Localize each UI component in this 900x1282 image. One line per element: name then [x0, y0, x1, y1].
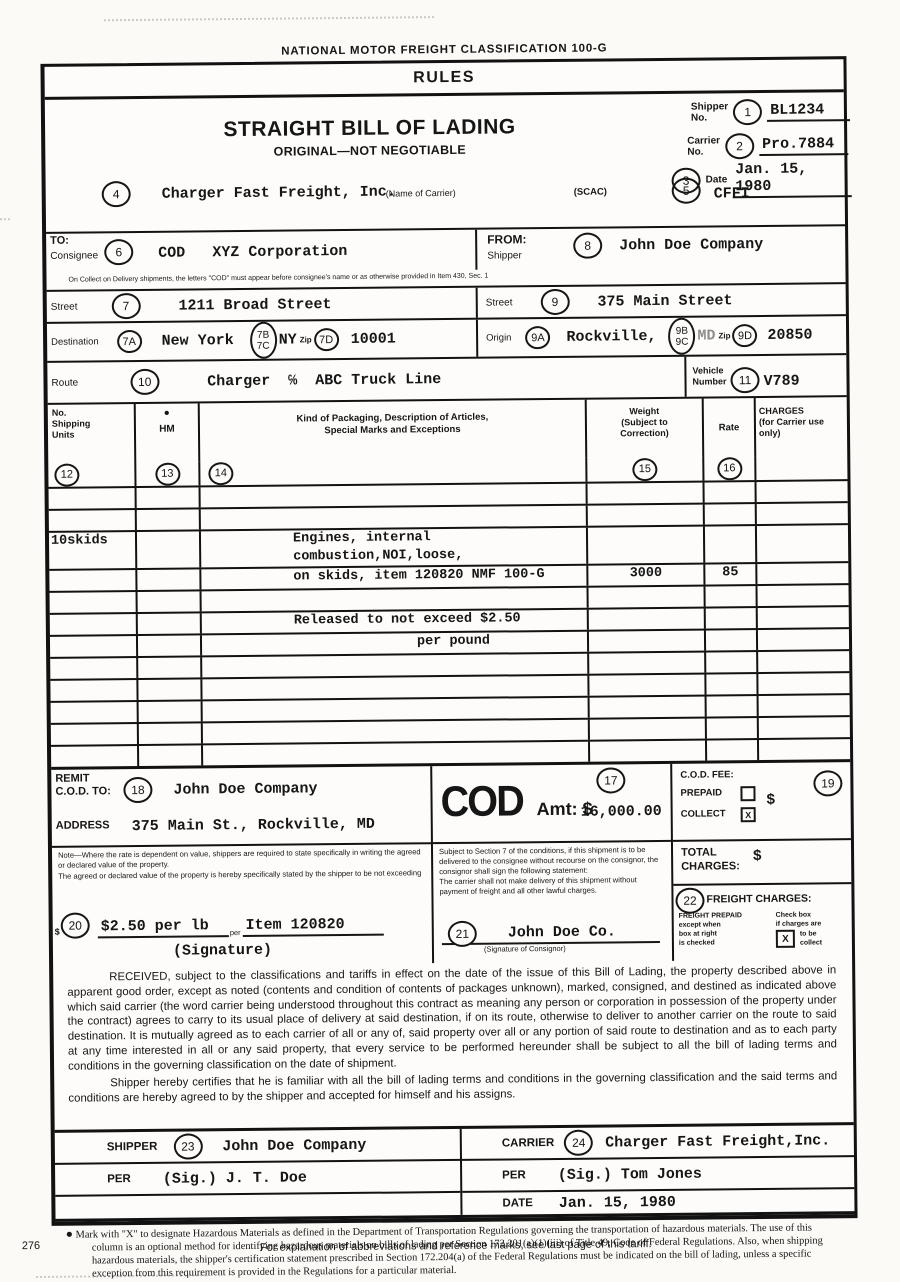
cod-column: COD Amt: $ 17 16,000.00 Subject to Secti… [432, 764, 674, 963]
shipper-value: John Doe Company [619, 236, 763, 254]
parties-section: TO: Consignee 6 COD XYZ Corporation FROM… [46, 226, 846, 363]
carrier-signature-column: CARRIER 24 Charger Fast Freight,Inc. PER… [462, 1125, 855, 1215]
ref-circle-20: 20 [61, 912, 90, 938]
collect-checkbox: X [741, 807, 756, 822]
signature-section: SHIPPER 23 John Doe Company PER (Sig.) J… [55, 1125, 855, 1222]
vehicle-number-label: Vehicle Number [692, 365, 726, 387]
cell-weight [590, 741, 707, 762]
ref-circle-11: 11 [730, 367, 759, 393]
cell-hm [138, 679, 202, 700]
ref-circle-19: 19 [813, 770, 842, 796]
col-weight-header: Weight (Subject to Correction) [587, 399, 705, 458]
cell-weight [590, 719, 707, 740]
total-dollar-sign: $ [753, 847, 762, 864]
shipper-no-row: Shipper No. 1 BL1234 [691, 98, 850, 126]
carrier-sig-value: Charger Fast Freight,Inc. [605, 1132, 830, 1151]
carrier-date-row: DATE Jan. 15, 1980 [462, 1189, 854, 1215]
shipper-street-label: Street [486, 297, 513, 308]
origin-city: Rockville, [566, 328, 656, 346]
remit-to-value: John Doe Company [173, 780, 317, 798]
cell-weight [589, 609, 706, 630]
declared-value-note: Note—Where the rate is dependent on valu… [52, 844, 432, 905]
received-paragraph: RECEIVED, subject to the classifications… [67, 963, 837, 1074]
cell-desc [202, 654, 589, 678]
cell-units [49, 570, 137, 591]
ref-7b: 7B [257, 329, 269, 340]
cell-units [50, 592, 138, 613]
cell-desc: Engines, internal combustion,NOI,loose, [201, 528, 588, 568]
shipper-signature-column: SHIPPER 23 John Doe Company PER (Sig.) J… [55, 1129, 463, 1219]
cell-charges [758, 629, 849, 650]
cell-hm [138, 613, 202, 634]
shipper-per-label: PER [107, 1173, 131, 1185]
ref-circle-7: 7 [111, 293, 140, 319]
cell-desc: per pound [202, 632, 589, 656]
cell-hm [139, 745, 203, 766]
prepaid-checkbox [740, 786, 755, 801]
freight-prepaid-note: FREIGHT PREPAID except when box at right… [679, 911, 743, 948]
cell-charges [758, 651, 849, 672]
cell-rate [705, 504, 757, 524]
ref-circle-7a: 7A [117, 330, 142, 353]
dollar-sign: $ [55, 927, 60, 937]
cell-rate [705, 482, 757, 502]
consignee-street-label: Street [51, 301, 78, 312]
destination-origin-band: Destination 7A New York 7B 7C NY Zip 7D … [47, 316, 846, 361]
cell-units [50, 614, 138, 635]
ref-circle-22: 22 [675, 888, 704, 914]
shipper-per-value: (Sig.) J. T. Doe [163, 1169, 307, 1187]
ref-circle-7d: 7D [314, 328, 339, 351]
cod-fee-label: C.O.D. FEE: [680, 769, 733, 781]
ref-circle-24: 24 [564, 1130, 593, 1156]
cell-rate [707, 696, 759, 716]
ref-circle-12: 12 [54, 463, 79, 486]
destination-city: New York [162, 332, 234, 350]
scan-artifact [104, 16, 434, 21]
date-value: Jan. 15, 1980 [732, 160, 851, 198]
cod-big-label: COD [440, 777, 523, 827]
cell-rate [705, 586, 757, 606]
remit-address-row: ADDRESS 375 Main St., Rockville, MD [52, 810, 431, 848]
ref-circle-15: 15 [632, 458, 657, 481]
cell-weight [589, 675, 706, 696]
freight-charges-label: FREIGHT CHARGES: [706, 893, 811, 906]
consignee-street-value: 1211 Broad Street [178, 296, 331, 314]
ref-circle-8: 8 [573, 233, 602, 259]
collect-note-top: Check box if charges are [776, 910, 822, 928]
ref-9c: 9C [676, 336, 689, 347]
form-subtitle: ORIGINAL—NOT NEGOTIABLE [135, 141, 604, 160]
cell-desc [201, 484, 588, 508]
per-word: per [230, 928, 241, 937]
route-cell: Route 10 Charger ℅ ABC Truck Line [47, 357, 684, 403]
ref-circle-4: 4 [102, 181, 131, 207]
scanned-page: NATIONAL MOTOR FREIGHT CLASSIFICATION 10… [0, 0, 900, 1282]
cell-hm [139, 701, 203, 722]
collect-charges-checkbox: X [776, 930, 795, 948]
destination-zip-label: Zip [300, 335, 312, 344]
ref-7c: 7C [257, 340, 270, 351]
ref-circle-9a: 9A [525, 326, 550, 349]
cell-rate [707, 740, 759, 760]
carrier-name-value: Charger Fast Freight, Inc. [162, 183, 396, 202]
carrier-name-row: CARRIER 24 Charger Fast Freight,Inc. [462, 1125, 854, 1161]
origin-label: Origin [486, 332, 511, 343]
shipper-sig-label: SHIPPER [107, 1141, 158, 1153]
total-charges-label: TOTAL CHARGES: [681, 845, 740, 874]
consignor-signature-caption: (Signature of Consignor) [484, 944, 566, 954]
ref-circle-18: 18 [123, 777, 152, 803]
cell-charges [757, 525, 848, 562]
destination-label: Destination [51, 336, 99, 347]
cell-units [50, 658, 138, 679]
shipper-name-row: SHIPPER 23 John Doe Company [55, 1129, 460, 1165]
route-value: Charger ℅ ABC Truck Line [207, 371, 441, 390]
cell-hm [137, 531, 201, 568]
cell-rate [706, 652, 758, 672]
carrier-name-row: 4 Charger Fast Freight, Inc. [102, 179, 396, 208]
signature-caption-row: (Signature) [53, 939, 432, 967]
consignee-cell: TO: Consignee 6 COD XYZ Corporation [46, 230, 477, 274]
cell-charges [758, 673, 849, 694]
cell-rate [706, 674, 758, 694]
declared-value-row: $ 20 $2.50 per lb per Item 120820 [53, 901, 432, 943]
section7-text: Subject to Section 7 of the conditions, … [433, 842, 672, 917]
cell-units [49, 510, 137, 531]
remit-column: REMIT C.O.D. TO: 18 John Doe Company ADD… [51, 766, 434, 967]
shipper-sig-value: John Doe Company [222, 1136, 366, 1154]
shipper-street-value: 375 Main Street [597, 292, 732, 310]
shipper-cell: FROM: Shipper 8 John Doe Company [477, 226, 845, 270]
remit-to-row: REMIT C.O.D. TO: 18 John Doe Company [51, 766, 430, 814]
cell-desc [202, 588, 589, 612]
cell-weight [590, 697, 707, 718]
cell-units [50, 680, 138, 701]
total-charges-box: TOTAL CHARGES: $ [673, 840, 851, 886]
carrier-per-row: PER (Sig.) Tom Jones [462, 1157, 854, 1193]
signature-caption: (Signature) [173, 942, 272, 960]
terms-paragraphs: RECEIVED, subject to the classifications… [53, 959, 854, 1133]
cell-charges [757, 585, 848, 606]
from-label: FROM: [487, 232, 526, 246]
ref-circle-6: 6 [104, 239, 133, 265]
consignor-signature-row: 21 John Doe Co. (Signature of Consignor) [434, 915, 672, 963]
cell-hm [139, 723, 203, 744]
consignee-street-cell: Street 7 1211 Broad Street [47, 288, 478, 322]
cell-units [51, 746, 139, 767]
consignee-value: COD XYZ Corporation [158, 243, 347, 262]
vehicle-cell: Vehicle Number 11 V789 [684, 355, 846, 397]
cell-units [51, 702, 139, 723]
cell-desc [203, 698, 590, 722]
consignor-signature-value: John Doe Co. [508, 923, 616, 941]
col-hm-label: HM [159, 424, 175, 435]
cell-weight [588, 483, 705, 504]
ref-circle-9d: 9D [732, 324, 757, 347]
freight-table: No. Shipping Units ● HM Kind of Packagin… [48, 397, 850, 770]
ref-circle-1: 1 [733, 99, 762, 125]
cell-desc: Released to not exceed $2.50 [202, 610, 589, 634]
cell-weight [588, 527, 705, 564]
hm-dot-icon: ● [136, 408, 198, 419]
cell-charges [757, 563, 848, 584]
carrier-per-label: PER [502, 1169, 526, 1181]
col-charges-header: CHARGES (for Carrier use only) [756, 397, 848, 456]
col-hm-header: ● HM [136, 403, 201, 462]
shipper-no-label: Shipper No. [691, 101, 728, 123]
cell-rate: 85 [705, 564, 757, 584]
address-label: ADDRESS [56, 819, 110, 832]
carrier-name-caption: (Name of Carrier) [386, 188, 456, 199]
col-desc-header: Kind of Packaging, Description of Articl… [200, 400, 588, 462]
prepaid-label: PREPAID [680, 787, 722, 798]
cell-hm [138, 635, 202, 656]
address-value: 375 Main St., Rockville, MD [132, 816, 375, 835]
ref-circle-16: 16 [717, 457, 742, 480]
cell-charges [757, 503, 848, 524]
vehicle-number-value: V789 [763, 372, 799, 389]
ref-circle-21: 21 [448, 921, 477, 947]
cell-units [51, 724, 139, 745]
ref-circle-14: 14 [208, 462, 233, 485]
shipper-label: Shipper [487, 250, 522, 261]
cell-charges [758, 607, 849, 628]
cell-desc [201, 506, 588, 530]
date-label: Date [706, 174, 728, 185]
cell-rate [706, 608, 758, 628]
form-header: STRAIGHT BILL OF LADING ORIGINAL—NOT NEG… [45, 92, 845, 234]
cell-weight [589, 653, 706, 674]
carrier-no-value: Pro.7884 [759, 135, 848, 156]
ref-circle-7b-7c: 7B 7C [249, 322, 276, 359]
cell-hm [137, 569, 201, 590]
ref-circle-5: 5 [672, 178, 701, 204]
cell-charges [759, 739, 850, 760]
origin-state: MD [697, 327, 715, 344]
cell-weight: 3000 [588, 565, 705, 586]
origin-cell: Origin 9A Rockville, 9B 9C MD Zip 9D 208… [478, 316, 846, 357]
cell-hm [138, 657, 202, 678]
certification-paragraph: Shipper hereby certifies that he is fami… [68, 1069, 837, 1106]
ref-9b: 9B [676, 325, 688, 336]
cell-charges [756, 481, 847, 502]
consignee-shipper-band: TO: Consignee 6 COD XYZ Corporation FROM… [46, 226, 845, 274]
cell-weight [589, 587, 706, 608]
fees-column: C.O.D. FEE: PREPAID $ COLLECT X 19 TOTAL… [672, 762, 852, 961]
origin-zip: 20850 [767, 327, 812, 344]
cod-amount-box: COD Amt: $ 17 16,000.00 [432, 764, 671, 844]
freight-table-header: No. Shipping Units ● HM Kind of Packagin… [48, 397, 848, 463]
scan-artifact [0, 218, 10, 220]
ref-circle-10: 10 [130, 369, 159, 395]
cell-rate [706, 630, 758, 650]
cell-charges [759, 695, 850, 716]
cell-units: 10skids [49, 532, 137, 569]
to-label: TO: [50, 235, 69, 247]
freight-charges-box: 22 FREIGHT CHARGES: FREIGHT PREPAID exce… [673, 884, 852, 961]
shipper-street-cell: Street 9 375 Main Street [478, 284, 846, 318]
fee-dollar-sign: $ [766, 791, 775, 808]
cell-units [49, 488, 137, 509]
collect-label: COLLECT [681, 808, 726, 819]
carrier-sig-label: CARRIER [502, 1137, 555, 1150]
cell-desc: on skids, item 120820 NMF 100-G [201, 566, 588, 590]
cell-charges [759, 717, 850, 738]
ref-circle-17: 17 [596, 767, 625, 793]
cell-hm [137, 487, 201, 508]
ref-circle-2: 2 [725, 133, 754, 159]
shipper-blank-row [55, 1193, 460, 1219]
cell-weight [589, 631, 706, 652]
declared-value-item: Item 120820 [243, 916, 384, 937]
ref-circle-13: 13 [155, 462, 180, 485]
declared-value-amount: $2.50 per lb [98, 917, 229, 938]
route-label: Route [51, 377, 78, 388]
date-sig-label: DATE [502, 1197, 533, 1209]
date-sig-value: Jan. 15, 1980 [559, 1193, 676, 1211]
ref-circle-9b-9c: 9B 9C [668, 318, 695, 355]
origin-zip-label: Zip [718, 331, 730, 340]
carrier-per-value: (Sig.) Tom Jones [558, 1165, 702, 1183]
shipper-per-row: PER (Sig.) J. T. Doe [55, 1161, 460, 1197]
destination-state: NY [279, 331, 297, 348]
scac-label: (SCAC) [574, 186, 607, 197]
cell-hm [137, 509, 201, 530]
cell-units [50, 636, 138, 657]
hazmat-bullet-icon: ● [66, 1227, 73, 1241]
carrier-no-row: Carrier No. 2 Pro.7884 [687, 132, 848, 160]
remit-cod-section: REMIT C.O.D. TO: 18 John Doe Company ADD… [51, 762, 852, 967]
col-rate-header: Rate [704, 398, 757, 456]
carrier-no-label: Carrier No. [687, 135, 720, 157]
cell-hm [138, 591, 202, 612]
ref-circle-9: 9 [540, 289, 569, 315]
remit-to-label: REMIT C.O.D. TO: [55, 772, 111, 799]
cod-amt-value: 16,000.00 [581, 803, 662, 821]
cell-desc [203, 720, 590, 744]
cell-desc [202, 676, 589, 700]
destination-cell: Destination 7A New York 7B 7C NY Zip 7D … [47, 320, 478, 361]
bill-of-lading-form: RULES STRAIGHT BILL OF LADING ORIGINAL—N… [40, 56, 857, 1226]
consignee-label: Consignee [50, 250, 98, 261]
ref-circle-23: 23 [173, 1133, 202, 1159]
cell-rate [707, 718, 759, 738]
form-title: STRAIGHT BILL OF LADING [135, 114, 604, 143]
col-units-header: No. Shipping Units [48, 404, 137, 463]
cell-desc [203, 742, 590, 766]
cod-fee-box: C.O.D. FEE: PREPAID $ COLLECT X 19 [672, 762, 851, 842]
scac-value: CFFI [714, 185, 750, 202]
destination-zip: 10001 [351, 331, 396, 348]
cell-rate [705, 526, 757, 562]
cell-weight [588, 505, 705, 526]
shipper-no-value: BL1234 [767, 101, 850, 122]
collect-note-bottom: to be collect [800, 929, 822, 947]
